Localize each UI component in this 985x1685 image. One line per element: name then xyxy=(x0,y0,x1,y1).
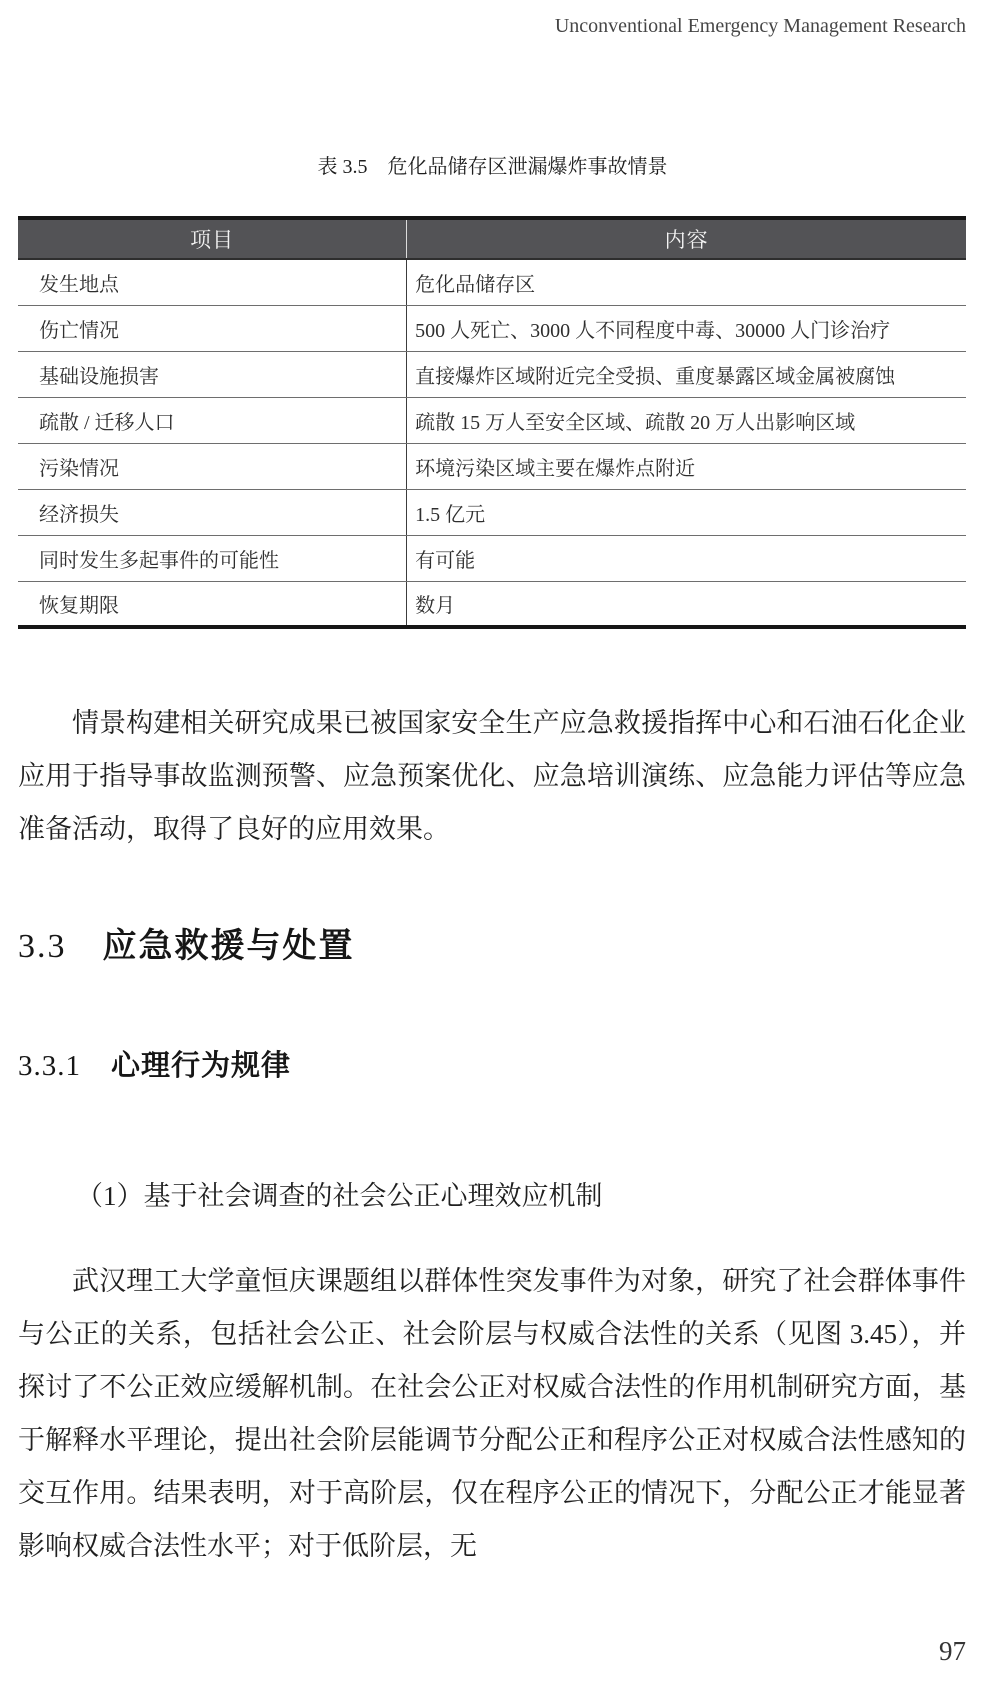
row-content-value: 有可能 xyxy=(407,535,966,581)
table-row: 同时发生多起事件的可能性 有可能 xyxy=(18,535,966,581)
paragraph-scenario-application: 情景构建相关研究成果已被国家安全生产应急救援指挥中心和石油石化企业应用于指导事故… xyxy=(18,697,966,856)
row-item-label: 发生地点 xyxy=(18,259,407,305)
table-row: 经济损失 1.5 亿元 xyxy=(18,489,966,535)
table-caption-title: 危化品储存区泄漏爆炸事故情景 xyxy=(388,156,668,178)
list-item-heading: （1）基于社会调查的社会公正心理效应机制 xyxy=(18,1170,966,1223)
running-header: Unconventional Emergency Management Rese… xyxy=(555,14,966,38)
section-title: 应急救援与处置 xyxy=(103,927,355,965)
row-content-value: 500 人死亡、3000 人不同程度中毒、30000 人门诊治疗 xyxy=(407,305,966,351)
subsection-heading: 3.3.1心理行为规律 xyxy=(18,1048,291,1084)
row-content-value: 环境污染区域主要在爆炸点附近 xyxy=(407,443,966,489)
column-header-item: 项目 xyxy=(18,218,407,259)
row-content-value: 疏散 15 万人至安全区域、疏散 20 万人出影响区域 xyxy=(407,397,966,443)
page-number: 97 xyxy=(939,1636,966,1667)
paragraph-social-justice-research: 武汉理工大学童恒庆课题组以群体性突发事件为对象，研究了社会群体事件与公正的关系，… xyxy=(18,1255,966,1573)
section-heading: 3.3应急救援与处置 xyxy=(18,926,355,967)
row-item-label: 恢复期限 xyxy=(18,581,407,627)
table-caption: 表 3.5危化品储存区泄漏爆炸事故情景 xyxy=(0,150,985,179)
scenario-table: 项目 内容 发生地点 危化品储存区 伤亡情况 500 人死亡、3000 人不同程… xyxy=(18,216,966,629)
row-content-value: 数月 xyxy=(407,581,966,627)
row-item-label: 基础设施损害 xyxy=(18,351,407,397)
row-content-value: 1.5 亿元 xyxy=(407,489,966,535)
subsection-number: 3.3.1 xyxy=(18,1050,81,1082)
document-page: Unconventional Emergency Management Rese… xyxy=(0,0,985,1685)
section-number: 3.3 xyxy=(18,928,67,965)
row-content-value: 直接爆炸区域附近完全受损、重度暴露区域金属被腐蚀 xyxy=(407,351,966,397)
column-header-content: 内容 xyxy=(407,218,966,259)
row-item-label: 经济损失 xyxy=(18,489,407,535)
table-row: 疏散 / 迁移人口 疏散 15 万人至安全区域、疏散 20 万人出影响区域 xyxy=(18,397,966,443)
row-item-label: 伤亡情况 xyxy=(18,305,407,351)
row-item-label: 疏散 / 迁移人口 xyxy=(18,397,407,443)
row-item-label: 同时发生多起事件的可能性 xyxy=(18,535,407,581)
row-content-value: 危化品储存区 xyxy=(407,259,966,305)
subsection-title: 心理行为规律 xyxy=(111,1050,291,1082)
table-row: 发生地点 危化品储存区 xyxy=(18,259,966,305)
table-row: 伤亡情况 500 人死亡、3000 人不同程度中毒、30000 人门诊治疗 xyxy=(18,305,966,351)
table-caption-label: 表 3.5 xyxy=(318,156,368,178)
table-header-row: 项目 内容 xyxy=(18,218,966,259)
table-row: 恢复期限 数月 xyxy=(18,581,966,627)
table-row: 污染情况 环境污染区域主要在爆炸点附近 xyxy=(18,443,966,489)
row-item-label: 污染情况 xyxy=(18,443,407,489)
table-row: 基础设施损害 直接爆炸区域附近完全受损、重度暴露区域金属被腐蚀 xyxy=(18,351,966,397)
